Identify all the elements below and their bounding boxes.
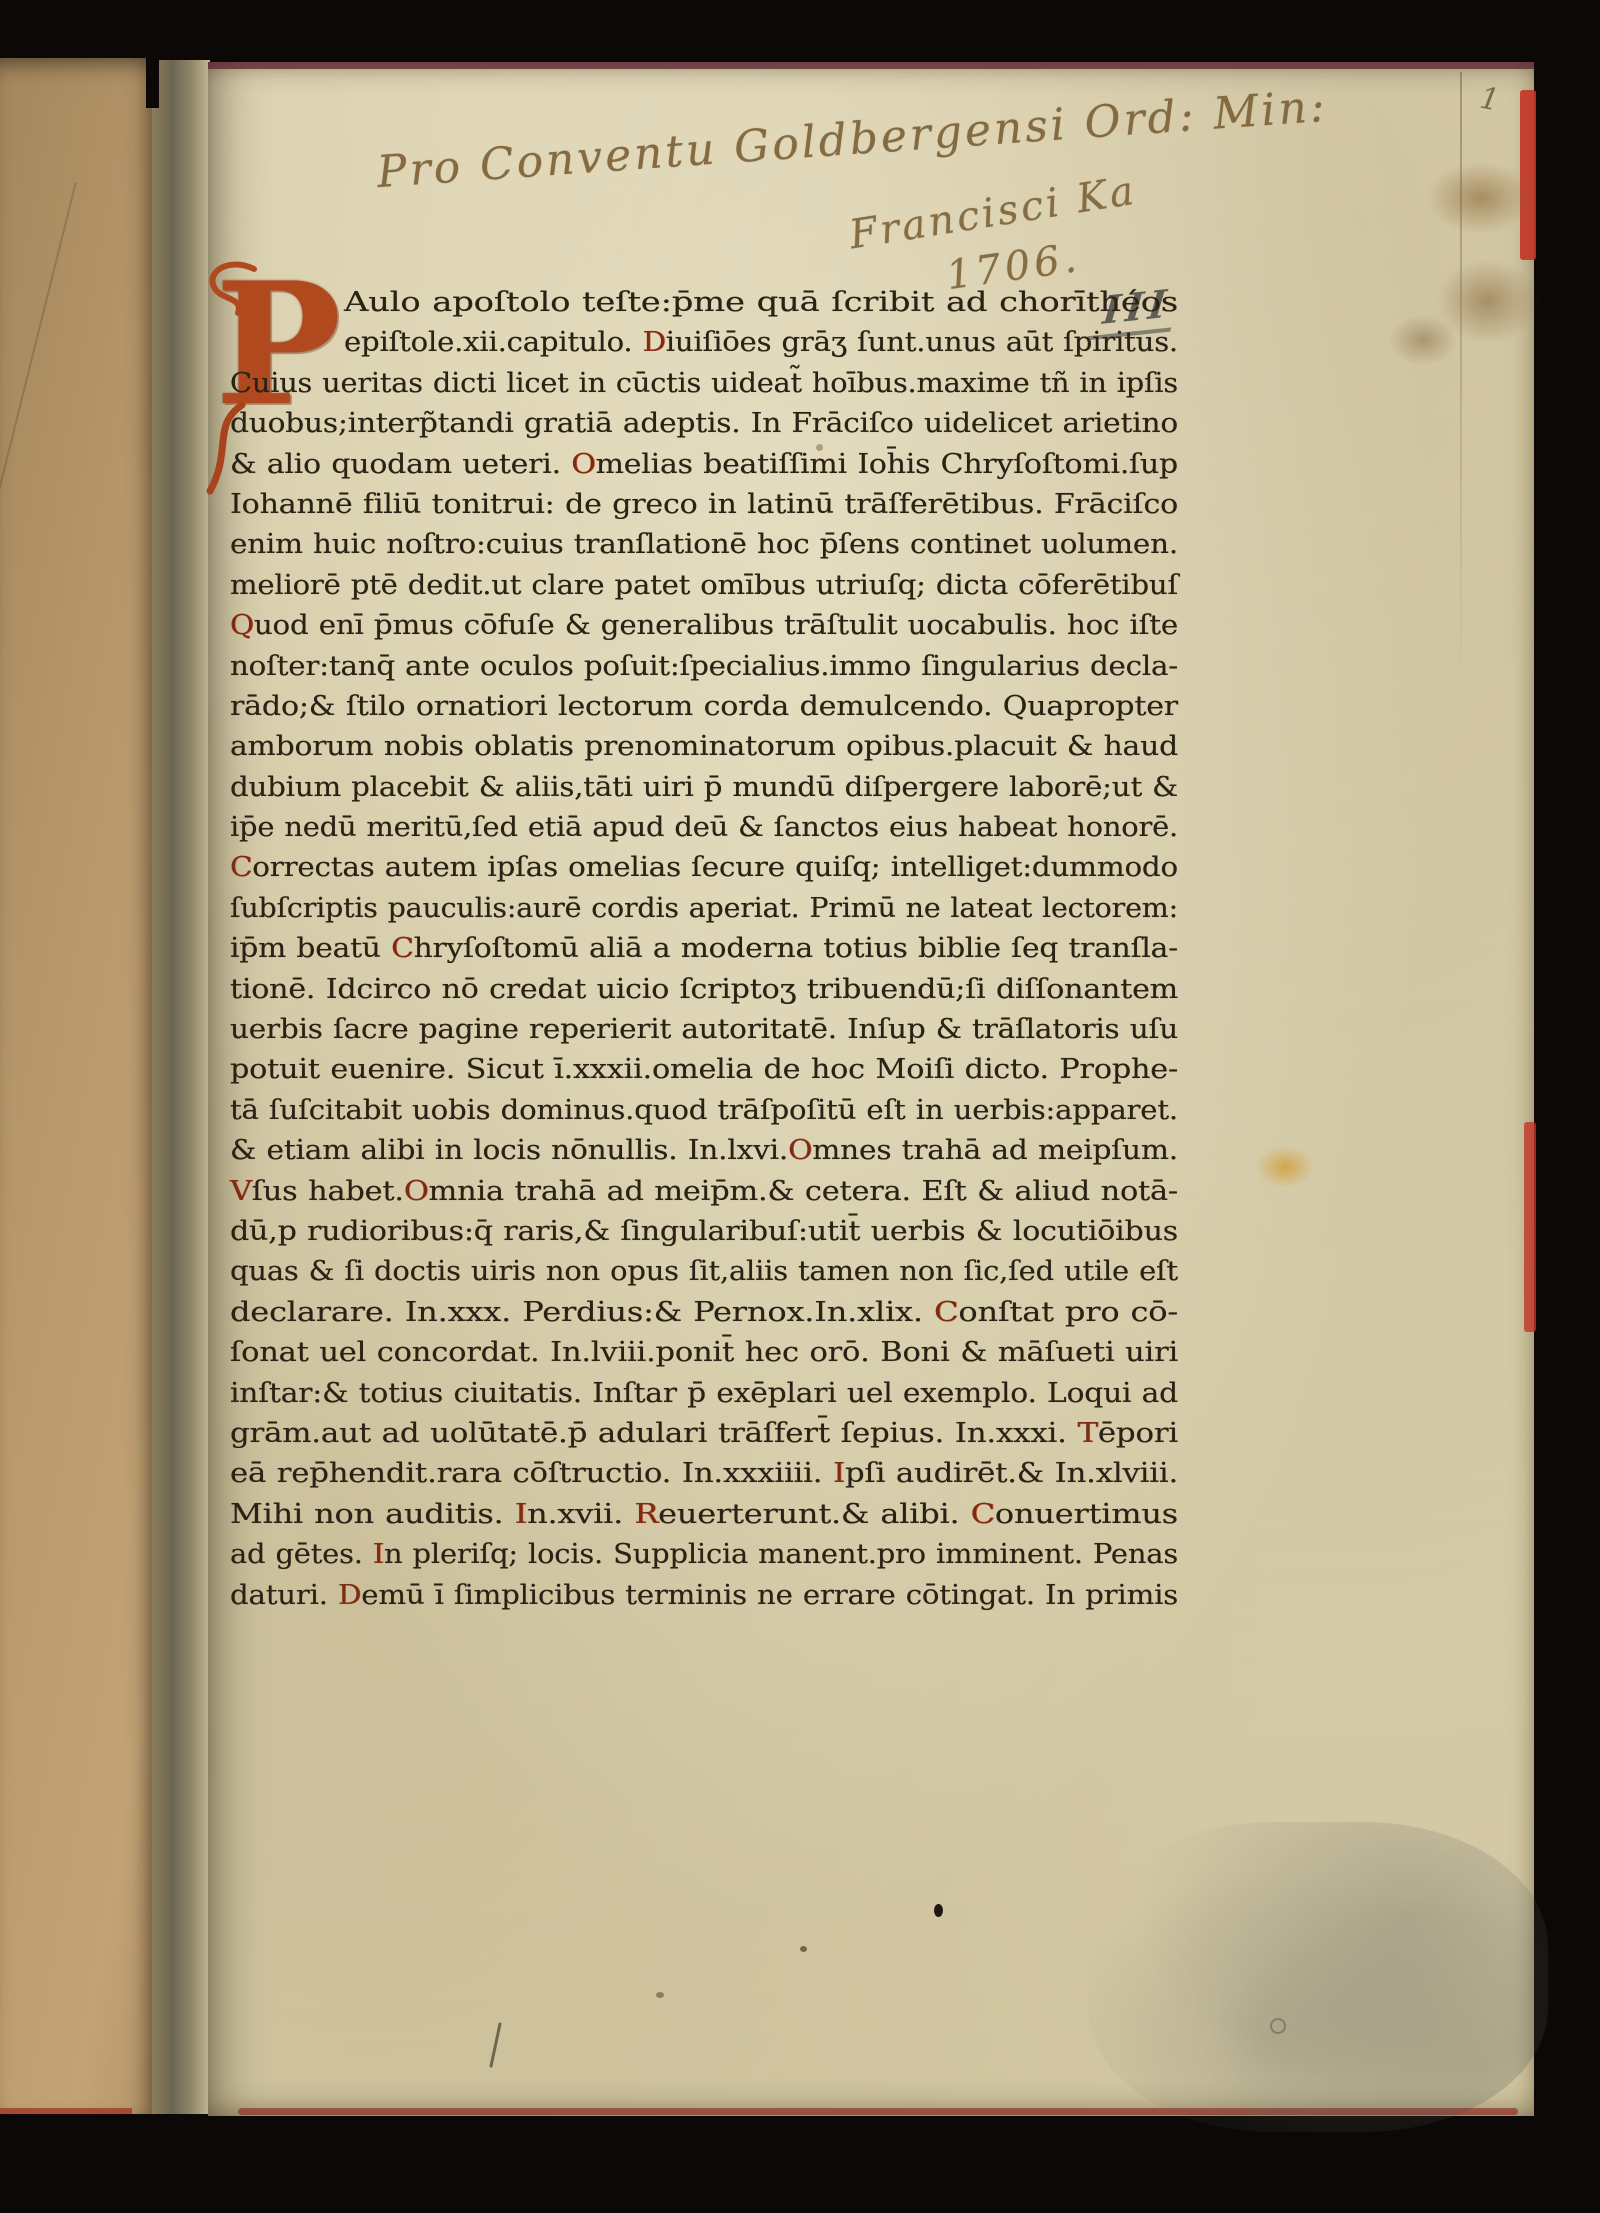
text-line: & alio quodam ueteri. Omelias beatiſſimi… — [230, 445, 1178, 485]
fore-edge-red-top — [1520, 90, 1536, 260]
facing-page-edge — [0, 58, 152, 2114]
text-line: dubium placebit & aliis,tāti uiri p̄ mun… — [230, 768, 1178, 808]
text-line: ſonat uel concordat. In.lviii.ponit̄ hec… — [230, 1333, 1178, 1373]
text-line: Cuius ueritas dicti licet in cūctis uide… — [230, 364, 1178, 404]
text-line: Vſus habet.Omnia trahā ad meip̄m.& ceter… — [230, 1172, 1178, 1212]
ownership-inscription-name: Francisci Ka — [846, 168, 1139, 259]
gutter-shadow — [152, 60, 210, 2114]
text-line: Correctas autem ipſas omelias ſecure qui… — [230, 848, 1178, 888]
text-line: ſubſcriptis pauculis:aurē cordis aperiat… — [230, 889, 1178, 929]
stain-brown — [1436, 258, 1540, 344]
page-top-edge — [208, 62, 1534, 69]
text-line: & etiam alibi in locis nōnullis. In.lxvi… — [230, 1131, 1178, 1171]
photo-backdrop: Pro Conventu Goldbergensi Ord: Min: Fran… — [0, 0, 1600, 2213]
ink-speck — [1270, 2018, 1286, 2034]
text-lines: Aulo apoſtolo teſte:p̄me quā ſcribit ad … — [230, 283, 1178, 1616]
page-crease — [1460, 72, 1462, 692]
ownership-inscription: Pro Conventu Goldbergensi Ord: Min: — [375, 81, 1329, 198]
text-line: enim huic noſtro:cuius tranſlationē hoc … — [230, 525, 1178, 565]
printed-text-block: P Aulo apoſtolo teſte:p̄me quā ſcribit a… — [230, 283, 1178, 1616]
text-line: duobus;interp̃tandi gratiā adeptis. In F… — [230, 404, 1178, 444]
stain-gray — [1088, 1822, 1548, 2132]
text-line: epiſtole.xii.capitulo. Diuiſiōes grāʒ ſu… — [230, 323, 1178, 363]
text-line: rādo;& ſtilo ornatiori lectorum corda de… — [230, 687, 1178, 727]
text-line: uerbis ſacre pagine reperierit autoritat… — [230, 1010, 1178, 1050]
text-line: meliorē ptē dedit.ut clare patet omībus … — [230, 566, 1178, 606]
text-line: amborum nobis oblatis prenominatorum opi… — [230, 727, 1178, 767]
fore-edge-red-bottom — [238, 2108, 1518, 2115]
stain-brown — [1388, 314, 1458, 366]
drop-cap-flourish-top-icon — [200, 259, 272, 331]
stain-yellow — [1256, 1146, 1314, 1188]
text-line: Iohannē filiū tonitrui: de greco in lati… — [230, 485, 1178, 525]
fore-edge-red-bottom-left — [0, 2108, 132, 2114]
page-gap-notch — [146, 56, 159, 108]
text-line: inſtar:& totius ciuitatis. Inſtar p̄ exē… — [230, 1374, 1178, 1414]
text-line: tionē. Idcirco nō credat uicio ſcriptoʒ … — [230, 970, 1178, 1010]
text-line: grām.aut ad uolūtatē.p̄ adulari trāſfert… — [230, 1414, 1178, 1454]
text-line: eā rep̄hendit.rara cōſtructio. In.xxxiii… — [230, 1454, 1178, 1494]
text-line: ad gētes. In pleriſq; locis. Supplicia m… — [230, 1535, 1178, 1575]
ink-speck — [800, 1946, 807, 1952]
text-line: declarare. In.xxx. Perdius:& Pernox.In.x… — [230, 1293, 1178, 1333]
text-line: Aulo apoſtolo teſte:p̄me quā ſcribit ad … — [230, 283, 1178, 323]
text-line: ip̄m beatū Chryſoſtomū aliā a moderna to… — [230, 929, 1178, 969]
ink-speck — [489, 2022, 501, 2068]
ink-speck — [934, 1904, 943, 1917]
text-line: Mihi non auditis. In.xvii. Reuerterunt.&… — [230, 1495, 1178, 1535]
flyleaf-crease — [0, 183, 77, 494]
text-line: Quod enī p̄mus cōfuſe & generalibus trāſ… — [230, 606, 1178, 646]
text-line: tā ſuſcitabit uobis dominus.quod trāſpoſ… — [230, 1091, 1178, 1131]
ink-speck — [656, 1992, 664, 1998]
fore-edge-red-middle — [1524, 1122, 1536, 1332]
folio-number: 1 — [1477, 81, 1502, 119]
text-line: quas & ſi doctis uiris non opus ſit,alii… — [230, 1252, 1178, 1292]
book-page: Pro Conventu Goldbergensi Ord: Min: Fran… — [208, 62, 1534, 2116]
text-line: ip̄e nedū meritū,ſed etiā apud deū & ſan… — [230, 808, 1178, 848]
text-line: dū,p rudioribus:q̄ raris,& ſingularibuſ:… — [230, 1212, 1178, 1252]
text-line: daturi. Demū ī ſimplicibus terminis ne e… — [230, 1576, 1178, 1616]
text-line: potuit euenire. Sicut ī.xxxii.omelia de … — [230, 1050, 1178, 1090]
text-line: noſter:tanq̄ ante oculos poſuit:ſpeciali… — [230, 647, 1178, 687]
